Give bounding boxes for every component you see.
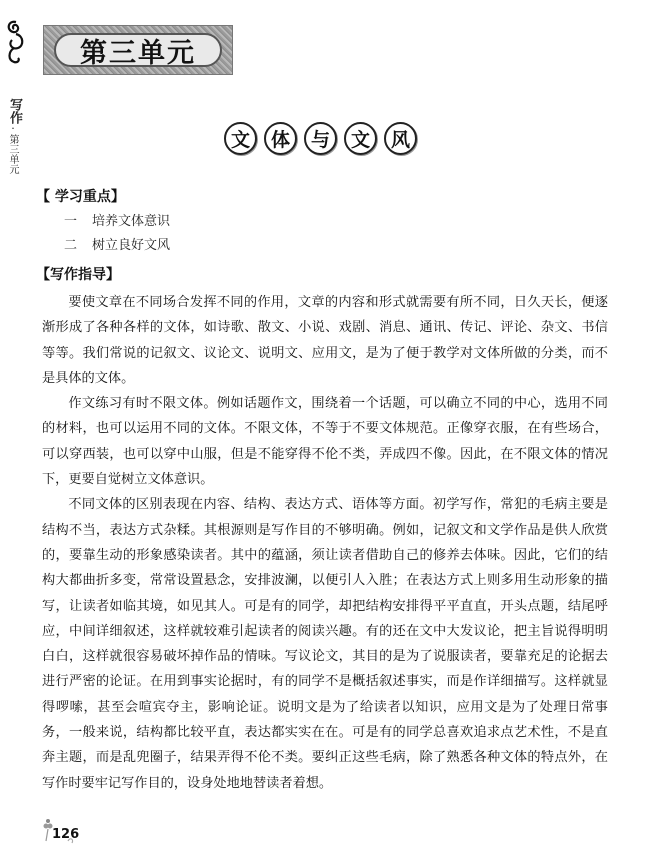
key-point-number: 二 [64, 234, 92, 253]
page-number: 126 [52, 827, 79, 842]
key-points-heading: 【 学习重点】 [36, 186, 125, 206]
key-point-number: 一 [64, 210, 92, 229]
unit-title: 第三单元 [56, 35, 220, 65]
writing-guide-heading: 【写作指导】 [36, 264, 120, 284]
key-point-text: 树立良好文风 [92, 238, 170, 253]
body-paragraph: 作文练习有时不限文体。例如话题作文，围绕着一个话题，可以确立不同的中心，选用不同… [42, 391, 608, 492]
writing-guide-body: 要使文章在不同场合发挥不同的作用，文章的内容和形式就需要有所不同，日久天长，便逐… [42, 290, 608, 796]
key-point-item: 二树立良好文风 [64, 234, 170, 253]
lesson-title-char: 文 [344, 122, 377, 155]
key-point-text: 培养文体意识 [92, 214, 170, 229]
side-label-separator: · [6, 124, 20, 134]
page-footer: 126 [38, 817, 98, 849]
lesson-title-char: 与 [304, 122, 337, 155]
lesson-title: 文 体 与 文 风 [224, 122, 417, 155]
unit-pill: 第三单元 [54, 33, 222, 67]
body-paragraph: 不同文体的区别表现在内容、结构、表达方式、语体等方面。初学写作，常犯的毛病主要是… [42, 492, 608, 796]
key-point-item: 一培养文体意识 [64, 210, 170, 229]
side-label-main: 写作 [6, 98, 22, 124]
lesson-title-char: 风 [384, 122, 417, 155]
lesson-title-char: 文 [224, 122, 257, 155]
side-label-sub: 第三单元 [6, 134, 18, 174]
lesson-title-char: 体 [264, 122, 297, 155]
body-paragraph: 要使文章在不同场合发挥不同的作用，文章的内容和形式就需要有所不同，日久天长，便逐… [42, 290, 608, 391]
unit-banner: 第三单元 [43, 25, 233, 75]
side-running-head: 写作 · 第三单元 [6, 98, 20, 174]
floral-swirl-icon [4, 18, 28, 64]
